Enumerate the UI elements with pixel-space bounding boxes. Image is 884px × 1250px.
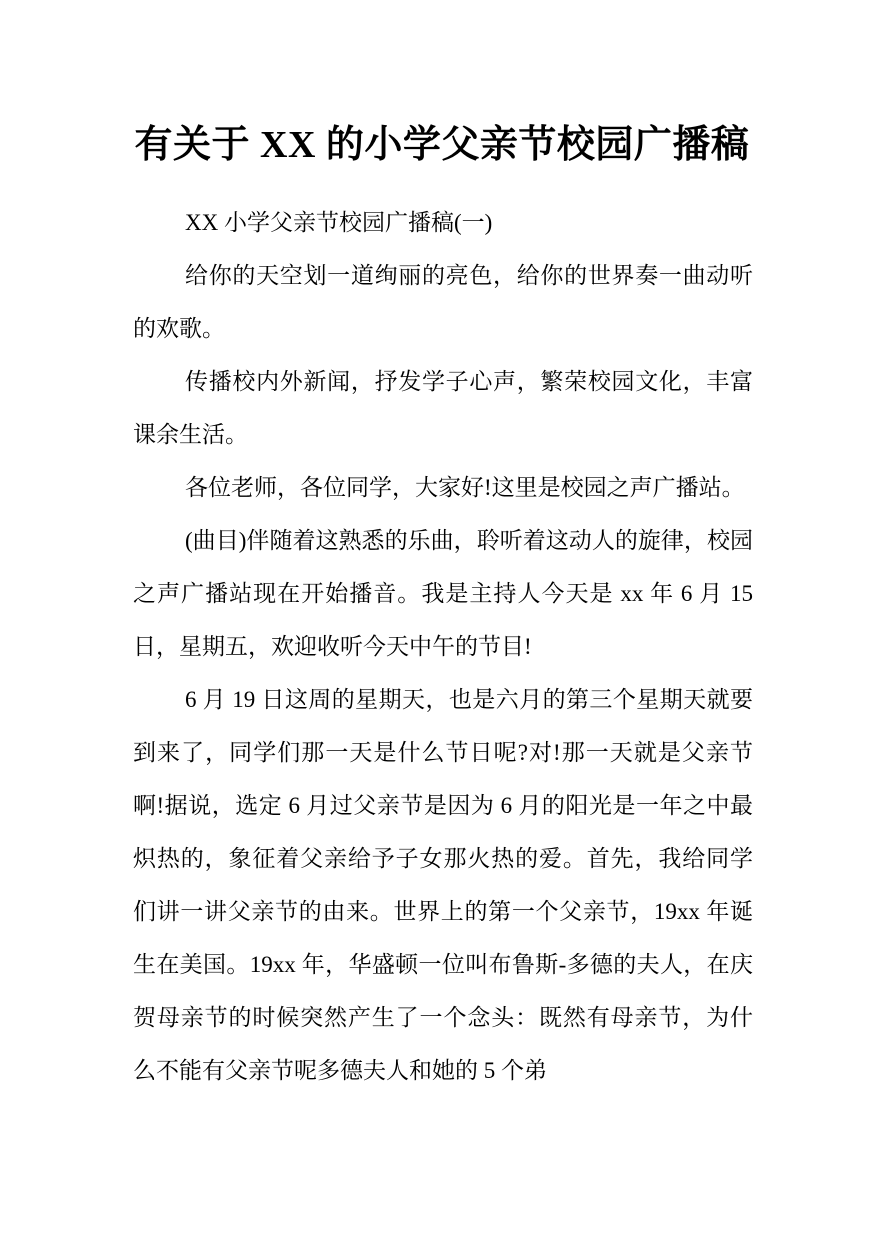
document-page: 有关于 XX 的小学父亲节校园广播稿 XX 小学父亲节校园广播稿(一)给你的天空… xyxy=(0,0,884,1250)
paragraph: (曲目)伴随着这熟悉的乐曲，聆听着这动人的旋律，校园之声广播站现在开始播音。我是… xyxy=(133,514,753,673)
document-title: 有关于 XX 的小学父亲节校园广播稿 xyxy=(40,122,844,168)
paragraph: 6 月 19 日这周的星期天，也是六月的第三个星期天就要到来了，同学们那一天是什… xyxy=(133,673,753,1097)
paragraph: XX 小学父亲节校园广播稿(一) xyxy=(133,196,753,249)
paragraph: 给你的天空划一道绚丽的亮色，给你的世界奏一曲动听的欢歌。 xyxy=(133,249,753,355)
paragraph: 传播校内外新闻，抒发学子心声，繁荣校园文化，丰富课余生活。 xyxy=(133,355,753,461)
document-body: XX 小学父亲节校园广播稿(一)给你的天空划一道绚丽的亮色，给你的世界奏一曲动听… xyxy=(133,196,753,1097)
paragraph: 各位老师，各位同学，大家好!这里是校园之声广播站。 xyxy=(133,461,753,514)
